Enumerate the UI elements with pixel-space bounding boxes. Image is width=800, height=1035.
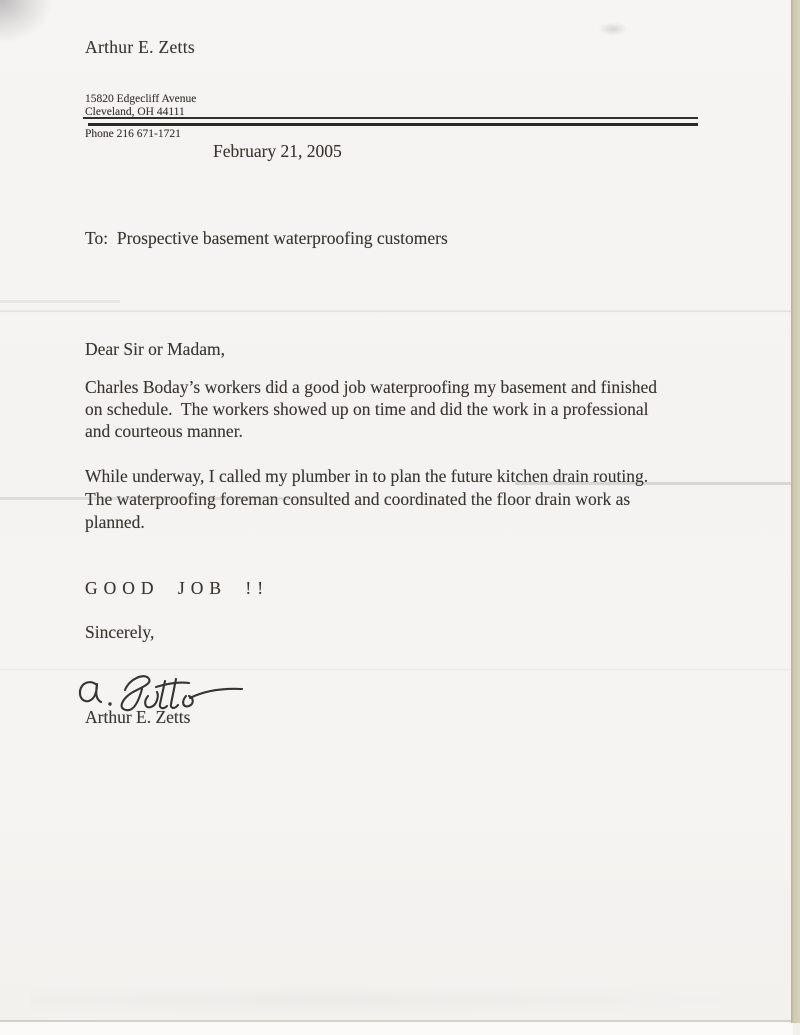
letterhead-sender-name: Arthur E. Zetts [85, 37, 195, 58]
signature-typed-name: Arthur E. Zetts [85, 707, 190, 728]
letterhead-phone: Phone 216 671-1721 [85, 128, 181, 140]
wrinkle-mid-left [0, 497, 310, 500]
emphasis-good-job: GOOD JOB !! [85, 578, 269, 599]
fold-crease-upper [0, 309, 793, 313]
wrinkle-bottom-shading [30, 985, 770, 1015]
scanned-letter-page: Arthur E. Zetts 15820 Edgecliff Avenue C… [0, 0, 800, 1035]
fold-crease-lower [0, 668, 793, 671]
letter-closing: Sincerely, [85, 622, 154, 643]
scan-smudge-top-left [0, 0, 54, 44]
letter-date: February 21, 2005 [213, 141, 342, 162]
scanner-edge-strip-right [791, 0, 800, 1023]
fold-crease-upper-left-shadow [0, 300, 120, 303]
letter-recipient-line: To: Prospective basement waterproofing c… [85, 228, 448, 249]
scan-smudge-upper-right [598, 22, 628, 36]
paragraph2-line3: planned. [85, 512, 145, 533]
paragraph1-line2: on schedule. The workers showed up on ti… [85, 399, 648, 420]
letter-salutation: Dear Sir or Madam, [85, 339, 225, 360]
letterhead-rule-bottom [88, 123, 698, 126]
paragraph1-line1: Charles Boday’s workers did a good job w… [85, 377, 657, 398]
letterhead-rule-top [83, 117, 698, 119]
paragraph1-line3: and courteous manner. [85, 421, 243, 442]
letterhead-address-line1: 15820 Edgecliff Avenue [85, 93, 196, 105]
wrinkle-mid-right [515, 482, 793, 485]
scanner-background-bottom [0, 1022, 793, 1035]
